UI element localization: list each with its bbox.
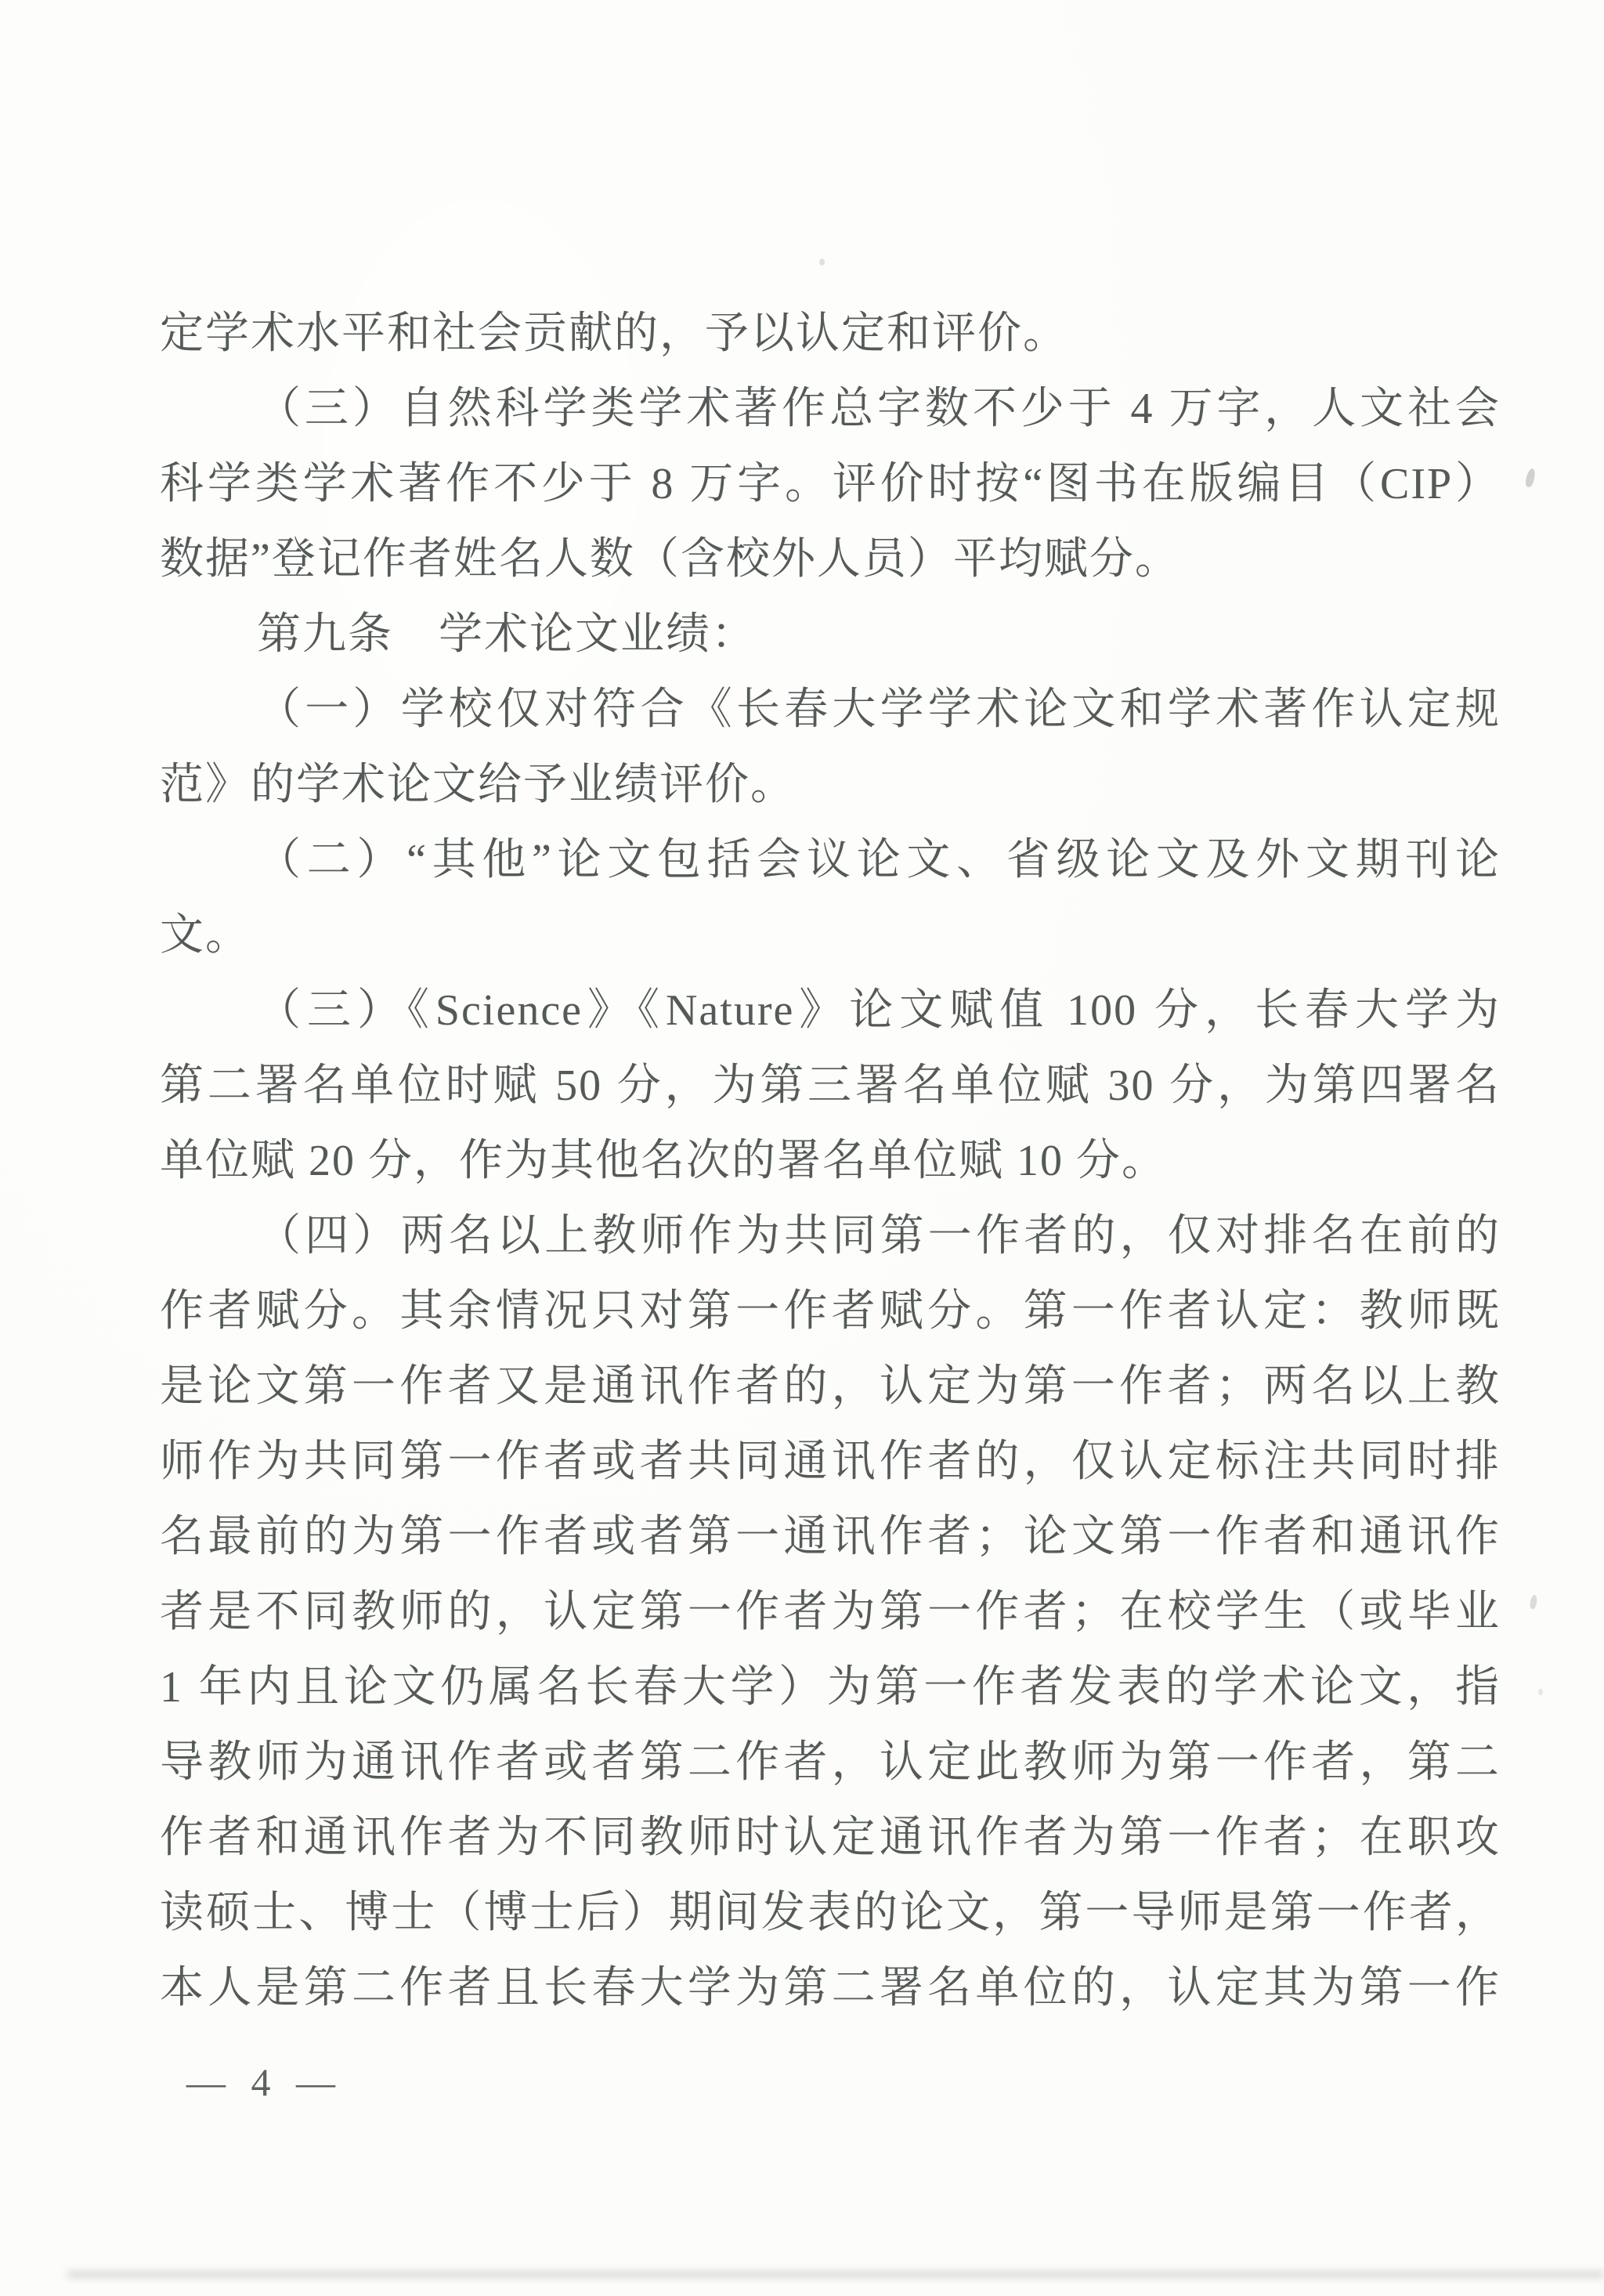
document-text: 定学术水平和社会贡献的，予以认定和评价。（三）自然科学类学术著作总字数不少于 4… bbox=[160, 296, 1501, 2026]
text-line: 读硕士、博士（博士后）期间发表的论文，第一导师是第一作者， bbox=[160, 1875, 1501, 1951]
text-line: （四）两名以上教师作为共同第一作者的，仅对排名在前的 bbox=[160, 1199, 1501, 1274]
scan-speck bbox=[1524, 468, 1537, 488]
text-line: 者是不同教师的，认定第一作者为第一作者；在校学生（或毕业 bbox=[160, 1575, 1501, 1650]
scan-speck bbox=[1529, 1594, 1537, 1609]
text-line: （三）《Science》《Nature》论文赋值 100 分，长春大学为 bbox=[160, 973, 1501, 1048]
text-line: 作者和通讯作者为不同教师时认定通讯作者为第一作者；在职攻 bbox=[160, 1800, 1501, 1875]
document-page: 定学术水平和社会贡献的，予以认定和评价。（三）自然科学类学术著作总字数不少于 4… bbox=[0, 0, 1604, 2296]
text-line: 定学术水平和社会贡献的，予以认定和评价。 bbox=[160, 296, 1501, 371]
text-line: 范》的学术论文给予业绩评价。 bbox=[160, 747, 1501, 823]
text-line: 名最前的为第一作者或者第一通讯作者；论文第一作者和通讯作 bbox=[160, 1499, 1501, 1575]
text-line: （三）自然科学类学术著作总字数不少于 4 万字，人文社会 bbox=[160, 371, 1501, 447]
text-line: 作者赋分。其余情况只对第一作者赋分。第一作者认定：教师既 bbox=[160, 1274, 1501, 1349]
scan-speck bbox=[1538, 1689, 1543, 1695]
text-line: （一）学校仅对符合《长春大学学术论文和学术著作认定规 bbox=[160, 672, 1501, 747]
text-line: 师作为共同第一作者或者共同通讯作者的，仅认定标注共同时排 bbox=[160, 1424, 1501, 1499]
text-line: 第九条 学术论文业绩： bbox=[160, 597, 1501, 672]
text-line: 第二署名单位时赋 50 分，为第三署名单位赋 30 分，为第四署名 bbox=[160, 1048, 1501, 1123]
text-line: 科学类学术著作不少于 8 万字。评价时按“图书在版编目（CIP） bbox=[160, 447, 1501, 522]
text-line: 本人是第二作者且长春大学为第二署名单位的，认定其为第一作 bbox=[160, 1951, 1501, 2026]
text-line: 是论文第一作者又是通讯作者的，认定为第一作者；两名以上教 bbox=[160, 1349, 1501, 1424]
text-line: 数据”登记作者姓名人数（含校外人员）平均赋分。 bbox=[160, 522, 1501, 597]
scan-speck bbox=[819, 259, 825, 266]
scan-edge-shadow bbox=[67, 2271, 1604, 2278]
text-line: 导教师为通讯作者或者第二作者，认定此教师为第一作者，第二 bbox=[160, 1725, 1501, 1800]
text-line: 文。 bbox=[160, 898, 1501, 973]
text-line: 1 年内且论文仍属名长春大学）为第一作者发表的学术论文，指 bbox=[160, 1650, 1501, 1725]
page-number: — 4 — bbox=[186, 2059, 343, 2106]
text-line: 单位赋 20 分，作为其他名次的署名单位赋 10 分。 bbox=[160, 1123, 1501, 1199]
text-line: （二）“其他”论文包括会议论文、省级论文及外文期刊论 bbox=[160, 823, 1501, 898]
